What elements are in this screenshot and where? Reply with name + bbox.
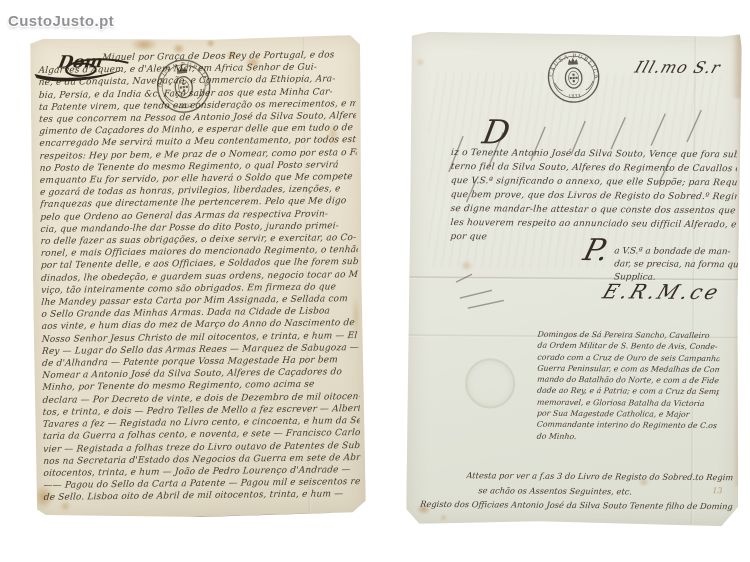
petition-paragraph: iz o Tenente Antonio José da Silva Souto…	[450, 146, 737, 246]
stamp-shield-icon	[174, 76, 193, 99]
opening-word: Dom	[56, 52, 104, 73]
handwritten-line: da Ordem Militar de S. Bento de Avis, Co…	[537, 340, 720, 353]
foxing-stain	[416, 58, 425, 67]
attestation-paragraph: Domingos de Sá Pereira Sancho, Cavalleir…	[537, 329, 720, 443]
footer-lines: Attesta por ver a f.as 3 do Livro de Reg…	[420, 468, 732, 514]
stamp-year-text: 1833	[568, 93, 581, 100]
foxing-stain	[460, 260, 473, 271]
underline-stroke	[152, 513, 330, 519]
stamp-sprig-icon	[555, 81, 594, 91]
causa-publica-stamp: CAUSA PUBLICA 1833	[151, 54, 215, 118]
foxing-stain	[206, 39, 215, 48]
addressee-header: Ill.mo S.r	[633, 58, 724, 78]
handwritten-line: do Minho.	[536, 430, 719, 443]
edge-discoloration	[731, 34, 742, 98]
handwritten-line: dar, se precisa, na forma que	[613, 258, 738, 272]
document-left: Dom Miguel por Graça de Deos Rey de Port…	[30, 35, 366, 519]
handwritten-line: Registo dos Officiaes Antonio José da Si…	[420, 497, 733, 514]
handwritten-line: a V.S.ª a bondade de man-	[614, 245, 739, 259]
embossed-seal-mark	[465, 358, 515, 408]
causa-publica-stamp: CAUSA PUBLICA 1833	[544, 48, 602, 106]
handwritten-line: Attesta por ver a f.as 3 do Livro de Reg…	[466, 468, 733, 485]
page-number-mark: 13	[712, 486, 722, 495]
handwritten-line: Commandante interino do Regimento de C.o…	[536, 419, 719, 432]
manuscript-body: Miguel por Graça de Deos Rey de Portugal…	[38, 49, 360, 504]
handwritten-line: de Sello. Lisboa oito de Abril de mil oi…	[43, 488, 361, 504]
custojusto-watermark-logo: CustoJusto.pt	[8, 13, 114, 30]
stamp-shield-icon	[565, 67, 582, 88]
document-right: CAUSA PUBLICA 1833 Ill.mo S.r	[406, 32, 742, 527]
listing-photo-canvas: CustoJusto.pt Dom Miguel por Graça de De…	[0, 0, 750, 562]
stamp-year-text: 1833	[179, 103, 192, 110]
foxing-stain	[440, 514, 447, 521]
closing-flourish: E.R.M.ce	[599, 279, 724, 304]
foxing-stain	[130, 37, 158, 51]
